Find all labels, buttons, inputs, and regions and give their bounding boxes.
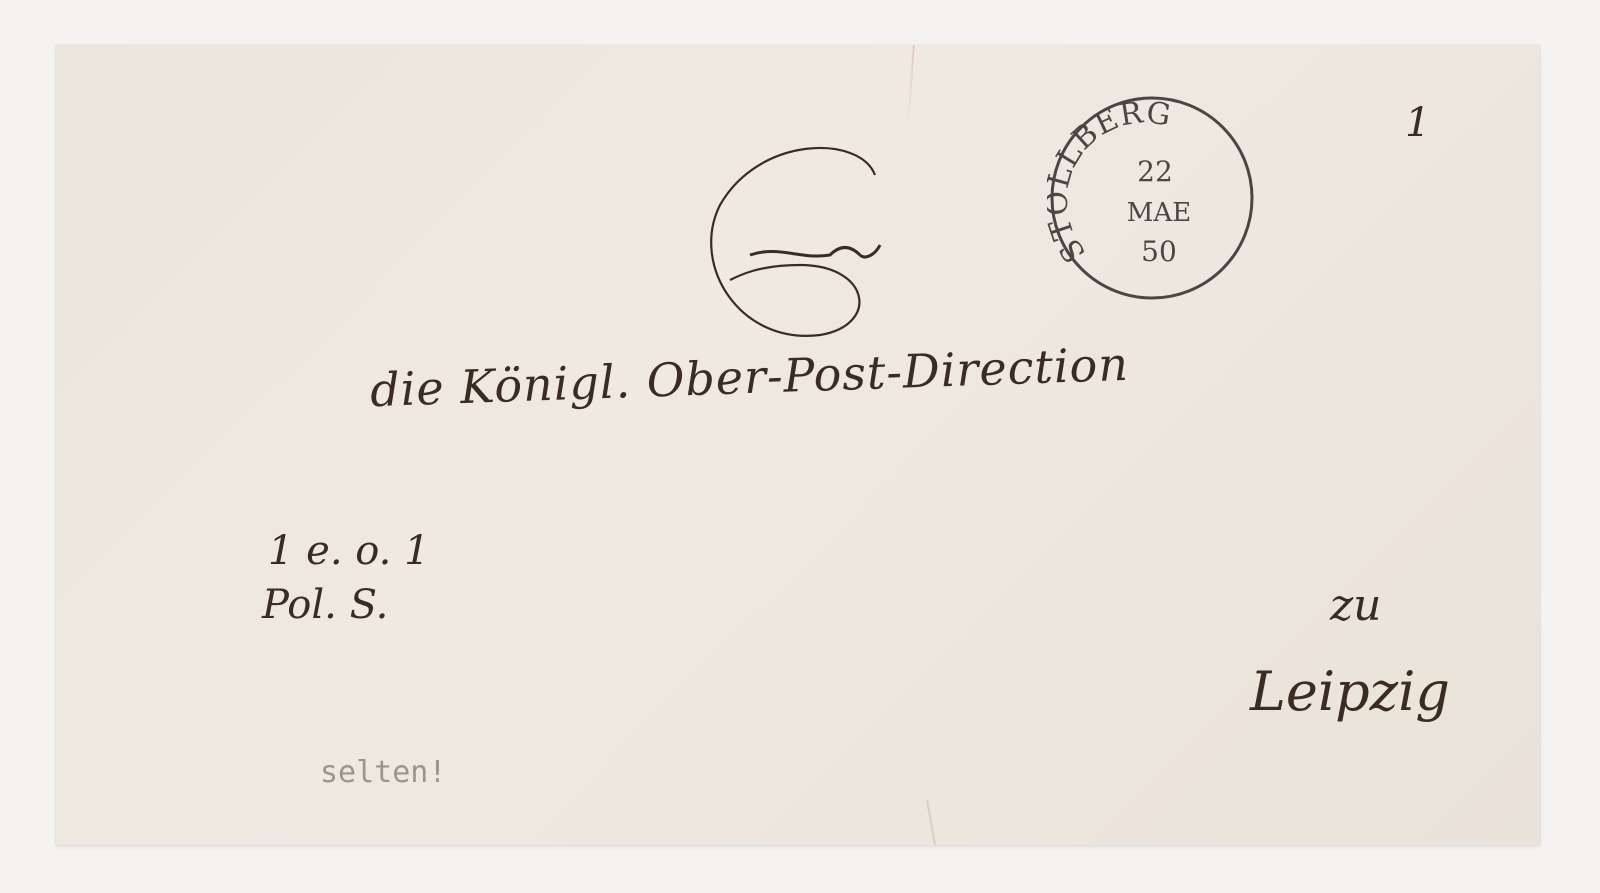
reference-line-2: Pol. S.	[262, 582, 388, 628]
pencil-note: selten!	[320, 755, 446, 790]
postmark-year: 50	[1141, 235, 1177, 268]
salutation-flourish	[700, 135, 890, 355]
postmark-day: 22	[1137, 155, 1173, 188]
destination-city: Leipzig	[1250, 660, 1450, 723]
postmark: STOLLBERG 22 MAE 50	[1047, 93, 1257, 303]
postmark-month: MAE	[1127, 198, 1191, 228]
reference-line-1: 1 e. o. 1	[268, 528, 430, 574]
corner-number: 1	[1405, 100, 1430, 146]
destination-prefix: zu	[1330, 580, 1382, 631]
